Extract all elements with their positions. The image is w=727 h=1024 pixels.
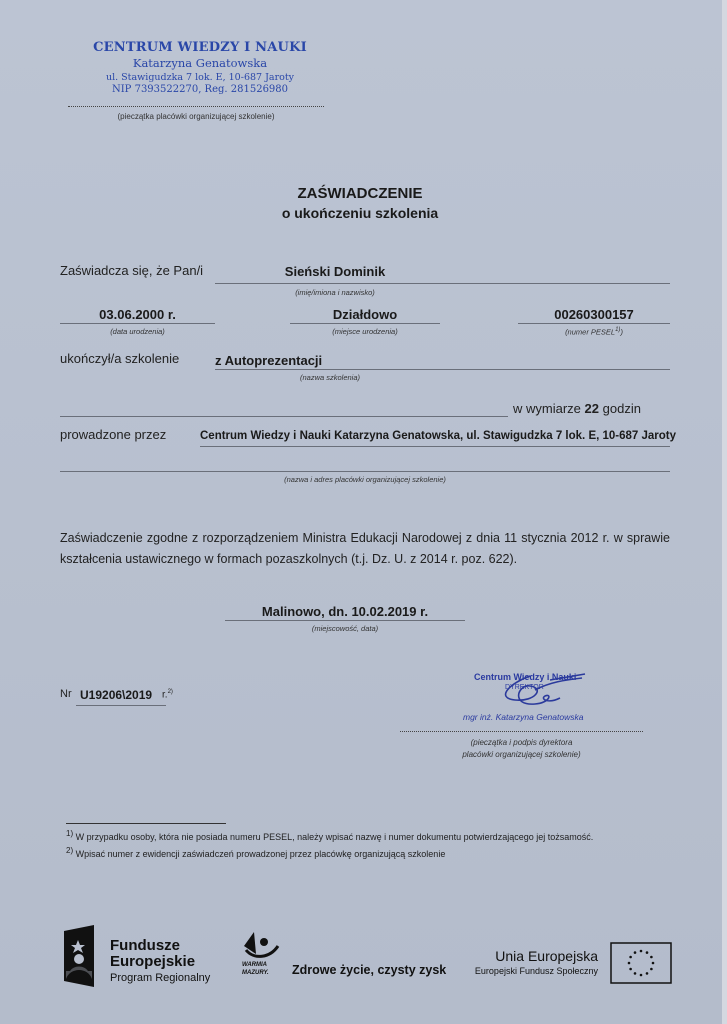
number-label: Nr — [60, 688, 72, 700]
eu-flag-icon — [610, 942, 672, 984]
signature-dotted-line — [400, 731, 643, 732]
hours-suffix: godzin — [603, 401, 641, 416]
footnote-2-text: Wpisać numer z ewidencji zaświadczeń pro… — [76, 849, 446, 859]
completed-label: ukończył/a szkolenie — [60, 351, 179, 366]
place-date-line — [225, 620, 465, 621]
stamp-ids: NIP 7393522270, Reg. 281526980 — [60, 84, 340, 95]
signature-caption-1: (pieczątka i podpis dyrektora — [400, 738, 643, 747]
document-title: ZAŚWIADCZENIE — [200, 185, 520, 202]
full-name-caption: (imię/imiona i nazwisko) — [215, 288, 455, 297]
stamp-dotted-line — [68, 106, 324, 107]
hours-value: 22 — [585, 401, 599, 416]
pesel-caption-end: ) — [620, 328, 623, 337]
eu-line2: Europejski Fundusz Społeczny — [440, 966, 598, 976]
number-sup: 2) — [168, 689, 173, 695]
footnote-1: 1) W przypadku osoby, która nie posiada … — [66, 829, 593, 842]
full-name-value: Sieński Dominik — [215, 264, 455, 279]
footnote-1-num: 1) — [66, 829, 73, 838]
course-name-caption: (nazwa szkolenia) — [230, 373, 430, 382]
stamp-caption: (pieczątka placówki organizującej szkole… — [68, 112, 324, 121]
warmia-mazury-logo-icon — [240, 930, 280, 960]
number-suffix: r.2) — [162, 689, 173, 700]
conducted-label: prowadzone przez — [60, 427, 166, 442]
fe-line1: Fundusze — [110, 937, 180, 954]
organizer-caption: (nazwa i adres placówki organizującej sz… — [200, 475, 530, 484]
stamp-address: ul. Stawigudzka 7 lok. E, 10-687 Jaroty — [60, 72, 340, 83]
certifies-label: Zaświadcza się, że Pan/i — [60, 263, 203, 278]
signature-caption-2: placówki organizującej szkolenie) — [400, 750, 643, 759]
number-value: U19206\2019 — [80, 688, 152, 702]
certificate-page — [0, 0, 722, 1024]
stamp-owner: Katarzyna Genatowska — [60, 56, 340, 70]
stamp-name: CENTRUM WIEDZY I NAUKI — [60, 40, 340, 55]
signature-stamp-name: mgr inż. Katarzyna Genatowska — [463, 712, 583, 722]
footnote-1-text: W przypadku osoby, która nie posiada num… — [76, 832, 594, 842]
organizer-stamp: CENTRUM WIEDZY I NAUKI Katarzyna Genatow… — [60, 40, 340, 95]
region-line2: MAZURY. — [242, 970, 269, 976]
hours-prefix: w wymiarze — [513, 401, 581, 416]
pesel-caption: (numer PESEL1)) — [518, 327, 670, 337]
organizer-value: Centrum Wiedzy i Nauki Katarzyna Genatow… — [200, 430, 676, 442]
fe-line2: Europejskie — [110, 953, 195, 970]
pesel-caption-text: (numer PESEL — [565, 328, 615, 337]
place-date-caption: (miejscowość, data) — [225, 624, 465, 633]
region-line1: WARMIA — [242, 962, 267, 968]
handwritten-signature — [490, 668, 590, 713]
organizer-line — [200, 446, 670, 447]
hours-text: w wymiarze 22 godzin — [513, 401, 641, 416]
footnote-2: 2) Wpisać numer z ewidencji zaświadczeń … — [66, 846, 445, 859]
eu-line1: Unia Europejska — [460, 948, 598, 964]
number-line — [76, 705, 166, 706]
organizer-line-2 — [60, 471, 670, 472]
slogan: Zdrowe życie, czysty zysk — [292, 963, 446, 977]
birth-date-value: 03.06.2000 r. — [60, 307, 215, 322]
paper-edge — [722, 0, 727, 1024]
pesel-line — [518, 323, 670, 324]
birth-place-line — [290, 323, 440, 324]
birth-place-caption: (miejsce urodzenia) — [290, 327, 440, 336]
birth-place-value: Działdowo — [290, 307, 440, 322]
hours-line — [60, 416, 508, 417]
pesel-value: 00260300157 — [518, 307, 670, 322]
place-date-value: Malinowo, dn. 10.02.2019 r. — [225, 604, 465, 619]
footnote-separator — [66, 823, 226, 824]
birth-date-line — [60, 323, 215, 324]
birth-date-caption: (data urodzenia) — [60, 327, 215, 336]
course-name-line — [215, 369, 670, 370]
footnote-2-num: 2) — [66, 846, 73, 855]
fundusze-europejskie-logo-icon — [62, 925, 96, 987]
fe-line3: Program Regionalny — [110, 972, 210, 984]
legal-text: Zaświadczenie zgodne z rozporządzeniem M… — [60, 528, 670, 570]
document-subtitle: o ukończeniu szkolenia — [200, 205, 520, 221]
full-name-line — [215, 283, 670, 284]
course-name-value: z Autoprezentacji — [215, 353, 322, 368]
